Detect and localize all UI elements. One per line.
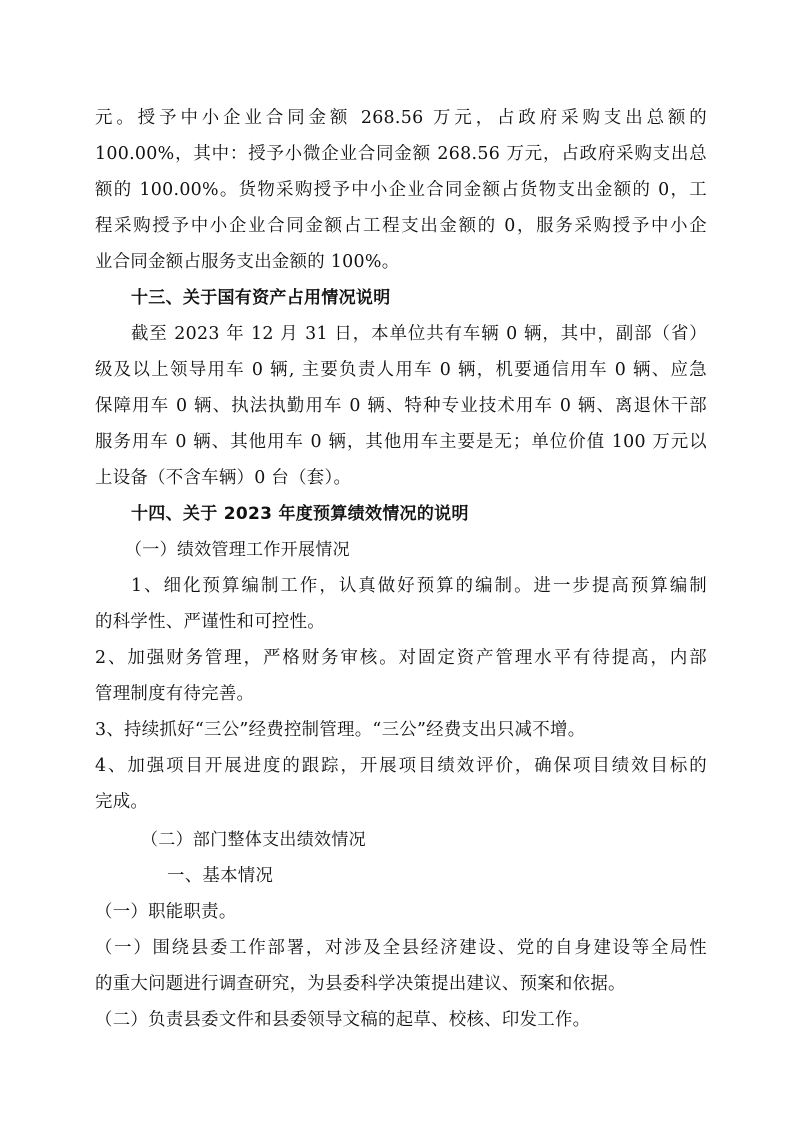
list-item-continuation: 管理制度有待完善。 — [95, 682, 254, 706]
paragraph-line: 级及以上领导用车 0 辆, 主要负责人用车 0 辆，机要通信用车 0 辆、应急 — [95, 358, 707, 382]
paragraph-line: 截至 2023 年 12 月 31 日，本单位共有车辆 0 辆，其中，副部（省） — [131, 322, 707, 346]
basic-info-heading: 一、基本情况 — [167, 864, 273, 888]
duty-item: （二）负责县委文件和县委领导文稿的起草、校核、印发工作。 — [95, 1008, 590, 1032]
paragraph-line: 业合同金额占服务支出金额的 100%。 — [95, 250, 399, 274]
list-item: 2、加强财务管理，严格财务审核。对固定资产管理水平有待提高，内部 — [95, 646, 707, 670]
list-item-continuation: 的科学性、严谨性和可控性。 — [95, 610, 325, 634]
duty-heading: （一）职能职责。 — [95, 900, 237, 924]
list-item: 1、细化预算编制工作，认真做好预算的编制。进一步提高预算编制 — [131, 574, 707, 598]
section-14-heading: 十四、关于 2023 年度预算绩效情况的说明 — [131, 502, 469, 526]
paragraph-line: 上设备（不含车辆）0 台（套）。 — [95, 466, 351, 490]
paragraph-line: 元。授予中小企业合同金额 268.56 万元，占政府采购支出总额的 — [95, 106, 707, 130]
paragraph-line: 额的 100.00%。货物采购授予中小企业合同金额占货物支出金额的 0，工 — [95, 178, 707, 202]
paragraph-line: 服务用车 0 辆、其他用车 0 辆，其他用车主要是无；单位价值 100 万元以 — [95, 430, 707, 454]
duty-item: （一）围绕县委工作部署，对涉及全县经济建设、党的自身建设等全局性 — [95, 936, 707, 960]
paragraph-line: 100.00%，其中：授予小微企业合同金额 268.56 万元，占政府采购支出总 — [95, 142, 707, 166]
paragraph-line: 保障用车 0 辆、执法执勤用车 0 辆、特种专业技术用车 0 辆、离退休干部 — [95, 394, 707, 418]
list-item: 3、持续抓好“三公”经费控制管理。“三公”经费支出只减不增。 — [95, 718, 585, 742]
paragraph-line: 程采购授予中小企业合同金额占工程支出金额的 0，服务采购授予中小企 — [95, 214, 707, 238]
duty-item-continuation: 的重大问题进行调查研究，为县委科学决策提出建议、预案和依据。 — [95, 972, 626, 996]
subsection-heading-2: （二）部门整体支出绩效情况 — [141, 828, 366, 852]
list-item-continuation: 完成。 — [95, 790, 148, 814]
subsection-heading-1: （一）绩效管理工作开展情况 — [125, 538, 350, 562]
list-item: 4、加强项目开展进度的跟踪，开展项目绩效评价，确保项目绩效目标的 — [95, 754, 707, 778]
section-13-heading: 十三、关于国有资产占用情况说明 — [131, 286, 391, 310]
